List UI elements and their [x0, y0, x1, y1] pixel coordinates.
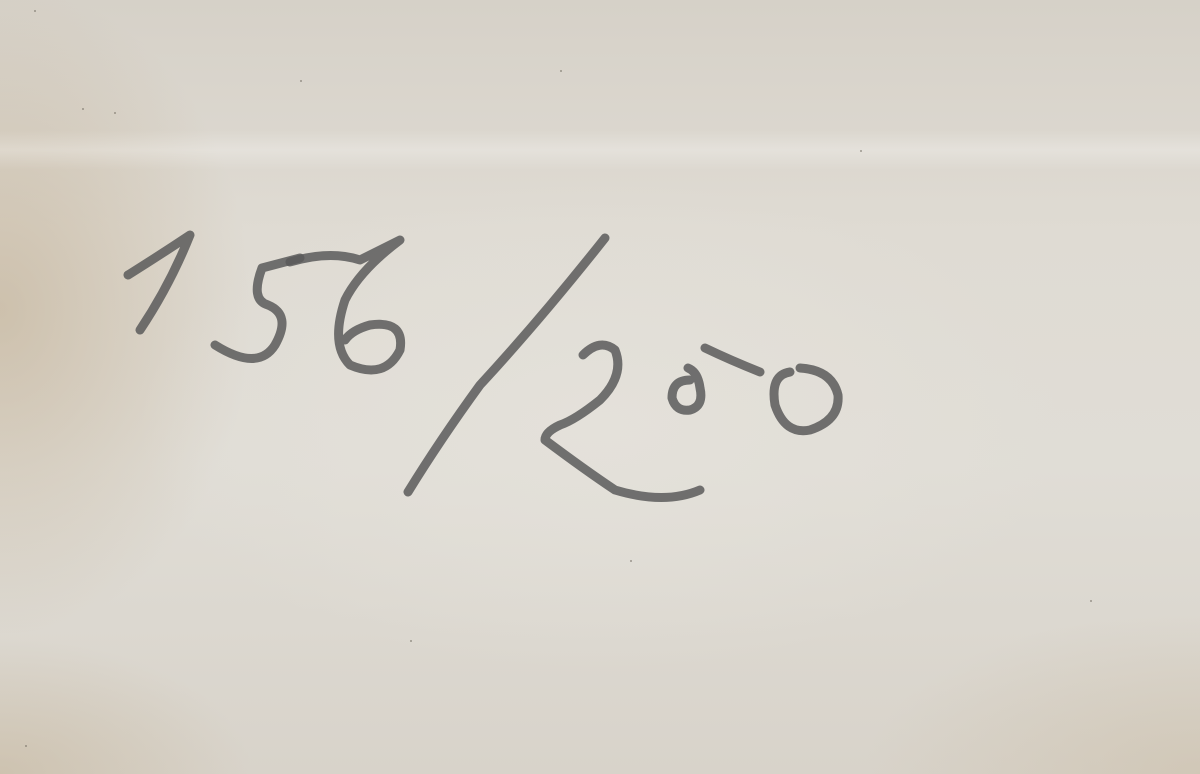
digit-0-first [672, 368, 701, 410]
digit-5 [215, 258, 300, 359]
digit-2 [545, 345, 700, 497]
slash [408, 238, 605, 492]
handwritten-inscription [0, 0, 1200, 774]
connector-stroke [705, 348, 760, 372]
digit-1 [128, 235, 190, 330]
digit-0-second [774, 368, 838, 431]
digit-6 [290, 240, 401, 370]
